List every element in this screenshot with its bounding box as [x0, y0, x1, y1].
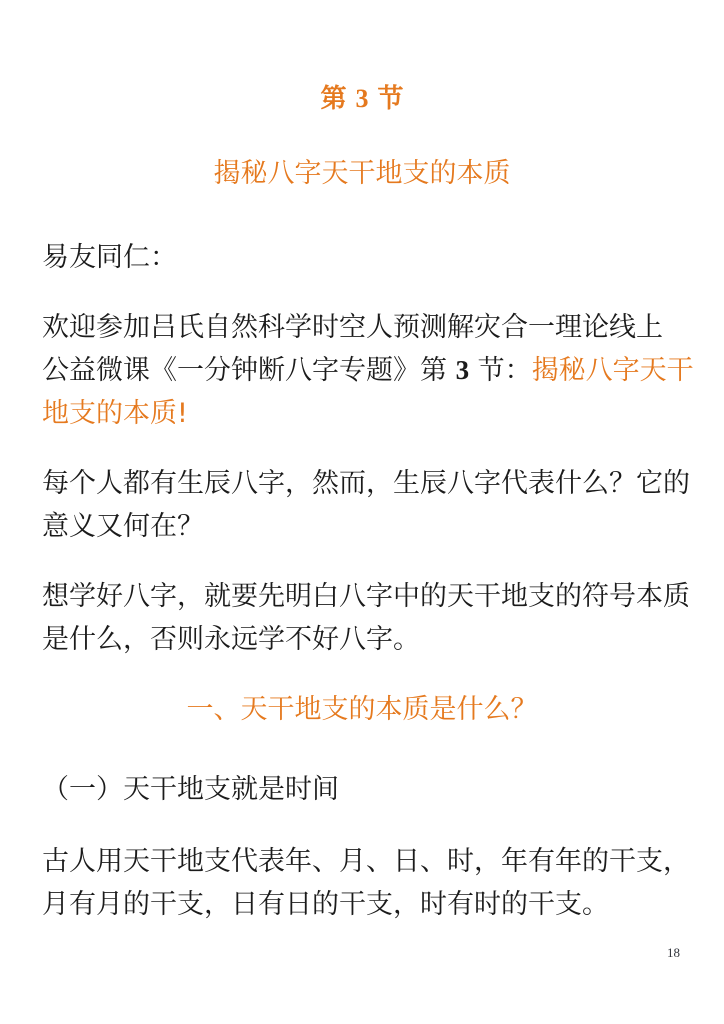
section-title: 第 3 节 — [42, 84, 682, 114]
welcome-paragraph: 欢迎参加吕氏自然科学时空人预测解灾合一理论线上 公益微课《一分钟断八字专题》第 … — [42, 306, 682, 435]
ancient-line-1: 古人用天干地支代表年、月、日、时，年有年的干支， — [42, 840, 682, 883]
section-title-pre: 第 — [320, 84, 355, 114]
learn-paragraph: 想学好八字，就要先明白八字中的天干地支的符号本质 是什么，否则永远学不好八字。 — [42, 575, 682, 661]
section-number: 3 — [356, 84, 369, 113]
heading-essence-question: 一、天干地支的本质是什么？ — [42, 688, 682, 731]
question-paragraph: 每个人都有生辰八字，然而，生辰八字代表什么？它的 意义又何在？ — [42, 462, 682, 548]
welcome-line-1: 欢迎参加吕氏自然科学时空人预测解灾合一理论线上 — [42, 306, 682, 349]
greeting-text: 易友同仁： — [42, 242, 177, 273]
welcome-line2-highlight: 揭秘八字天干 — [532, 355, 694, 386]
welcome-section-number: 3 — [456, 355, 470, 385]
ancient-paragraph: 古人用天干地支代表年、月、日、时，年有年的干支， 月有月的干支，日有日的干支，时… — [42, 840, 682, 926]
greeting-paragraph: 易友同仁： — [42, 236, 682, 279]
question-line-2: 意义又何在？ — [42, 505, 682, 548]
learn-line-1: 想学好八字，就要先明白八字中的天干地支的符号本质 — [42, 575, 682, 618]
question-line-1: 每个人都有生辰八字，然而，生辰八字代表什么？它的 — [42, 462, 682, 505]
welcome-line-2: 公益微课《一分钟断八字专题》第 3 节：揭秘八字天干 — [42, 349, 682, 392]
document-subtitle: 揭秘八字天干地支的本质 — [42, 158, 682, 190]
welcome-line-3-highlight: 地支的本质! — [42, 392, 682, 435]
section-title-post: 节 — [369, 84, 404, 114]
welcome-line2-post: 节： — [469, 355, 532, 386]
ancient-line-2: 月有月的干支，日有日的干支，时有时的干支。 — [42, 883, 682, 926]
document-page: 第 3 节 揭秘八字天干地支的本质 易友同仁： 欢迎参加吕氏自然科学时空人预测解… — [0, 0, 724, 1024]
welcome-line2-pre: 公益微课《一分钟断八字专题》第 — [42, 355, 456, 386]
page-number: 18 — [667, 944, 680, 962]
learn-line-2: 是什么，否则永远学不好八字。 — [42, 618, 682, 661]
subheading-time: （一）天干地支就是时间 — [42, 768, 682, 811]
